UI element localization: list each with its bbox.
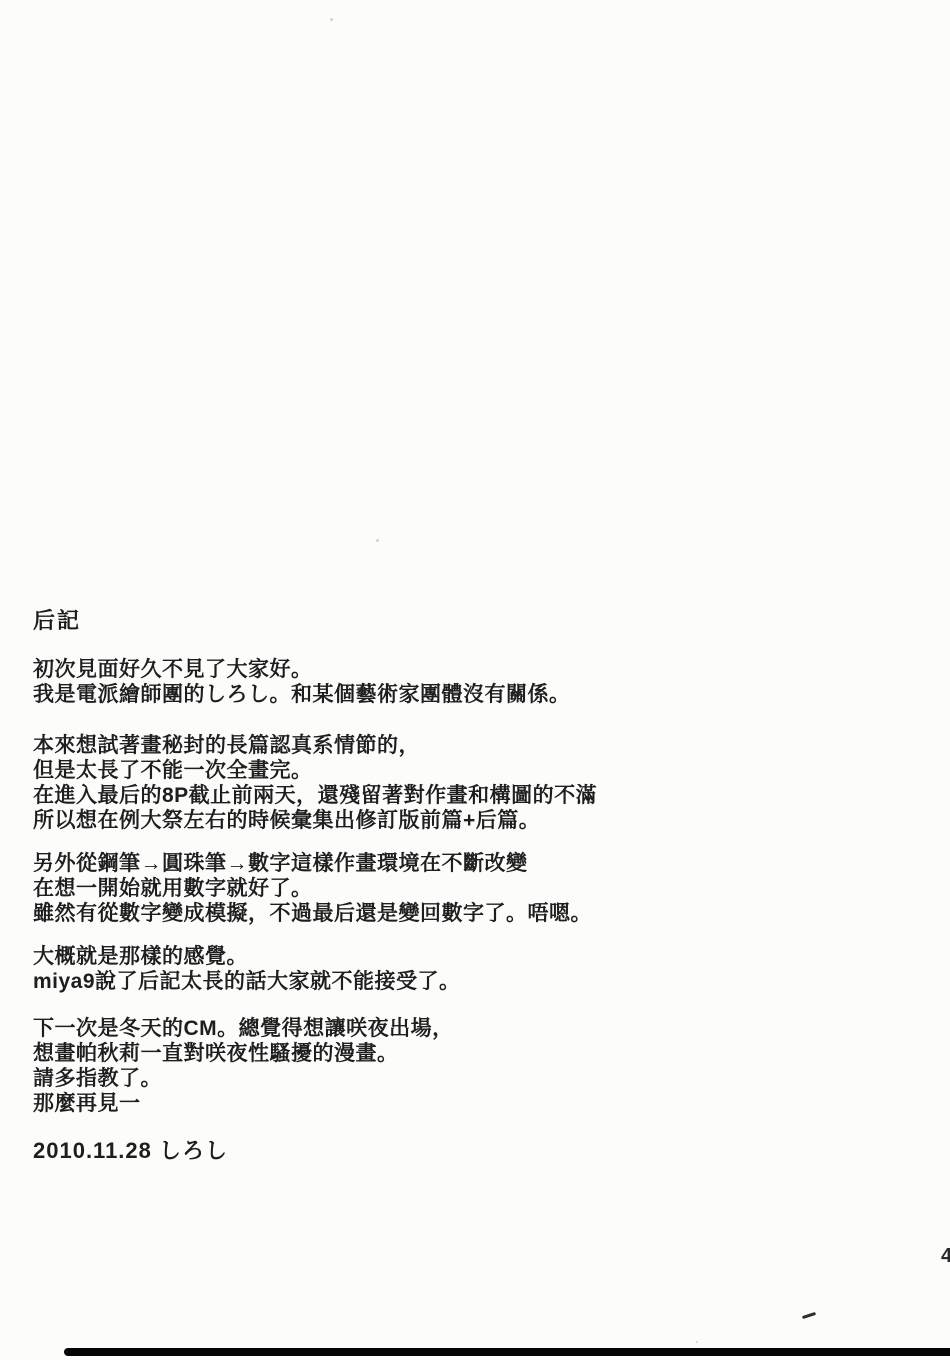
afterword-paragraph: 另外從鋼筆→圓珠筆→數字這樣作畫環境在不斷改變在想一開始就用數字就好了。雖然有從… [33, 851, 592, 926]
afterword-paragraph: 下一次是冬天的CM。總覺得想讓咲夜出場，想畫帕秋莉一直對咲夜性騷擾的漫畫。請多指… [33, 1016, 454, 1116]
afterword-title: 后記 [33, 604, 81, 635]
afterword-line: miya9說了后記太長的話大家就不能接受了。 [33, 969, 461, 994]
scan-edge-bar [64, 1348, 950, 1356]
scan-speck [696, 1341, 698, 1343]
afterword-line: 大概就是那樣的感覺。 [33, 944, 461, 969]
afterword-line: 在想一開始就用數字就好了。 [33, 876, 592, 901]
scan-speck [376, 539, 379, 542]
afterword-line: 雖然有從數字變成模擬，不過最后還是變回數字了。唔嗯。 [33, 901, 592, 926]
afterword-line: 想畫帕秋莉一直對咲夜性騷擾的漫畫。 [33, 1041, 454, 1066]
afterword-line: 但是太長了不能一次全畫完。 [33, 758, 597, 783]
afterword-line: 初次見面好久不見了大家好。 [33, 657, 571, 682]
scanned-afterword-page: 后記 初次見面好久不見了大家好。我是電派繪師團的しろし。和某個藝術家團體沒有關係… [0, 0, 950, 1360]
afterword-paragraph: 本來想試著畫秘封的長篇認真系情節的，但是太長了不能一次全畫完。在進入最后的8P截… [33, 733, 597, 833]
afterword-line: 請多指教了。 [33, 1066, 454, 1091]
page-number: 4 [941, 1245, 950, 1268]
signature-date: 2010.11.28 しろし [33, 1134, 228, 1165]
pen-mark [802, 1312, 816, 1319]
afterword-paragraph: 大概就是那樣的感覺。miya9說了后記太長的話大家就不能接受了。 [33, 944, 461, 994]
afterword-line: 那麼再見一 [33, 1091, 454, 1116]
afterword-line: 本來想試著畫秘封的長篇認真系情節的， [33, 733, 597, 758]
afterword-paragraph: 初次見面好久不見了大家好。我是電派繪師團的しろし。和某個藝術家團體沒有關係。 [33, 657, 571, 707]
afterword-line: 在進入最后的8P截止前兩天，還殘留著對作畫和構圖的不滿 [33, 783, 597, 808]
scan-speck [330, 18, 333, 21]
afterword-line: 另外從鋼筆→圓珠筆→數字這樣作畫環境在不斷改變 [33, 851, 592, 876]
afterword-line: 所以想在例大祭左右的時候彙集出修訂版前篇+后篇。 [33, 808, 597, 833]
afterword-line: 下一次是冬天的CM。總覺得想讓咲夜出場， [33, 1016, 454, 1041]
afterword-line: 我是電派繪師團的しろし。和某個藝術家團體沒有關係。 [33, 682, 571, 707]
